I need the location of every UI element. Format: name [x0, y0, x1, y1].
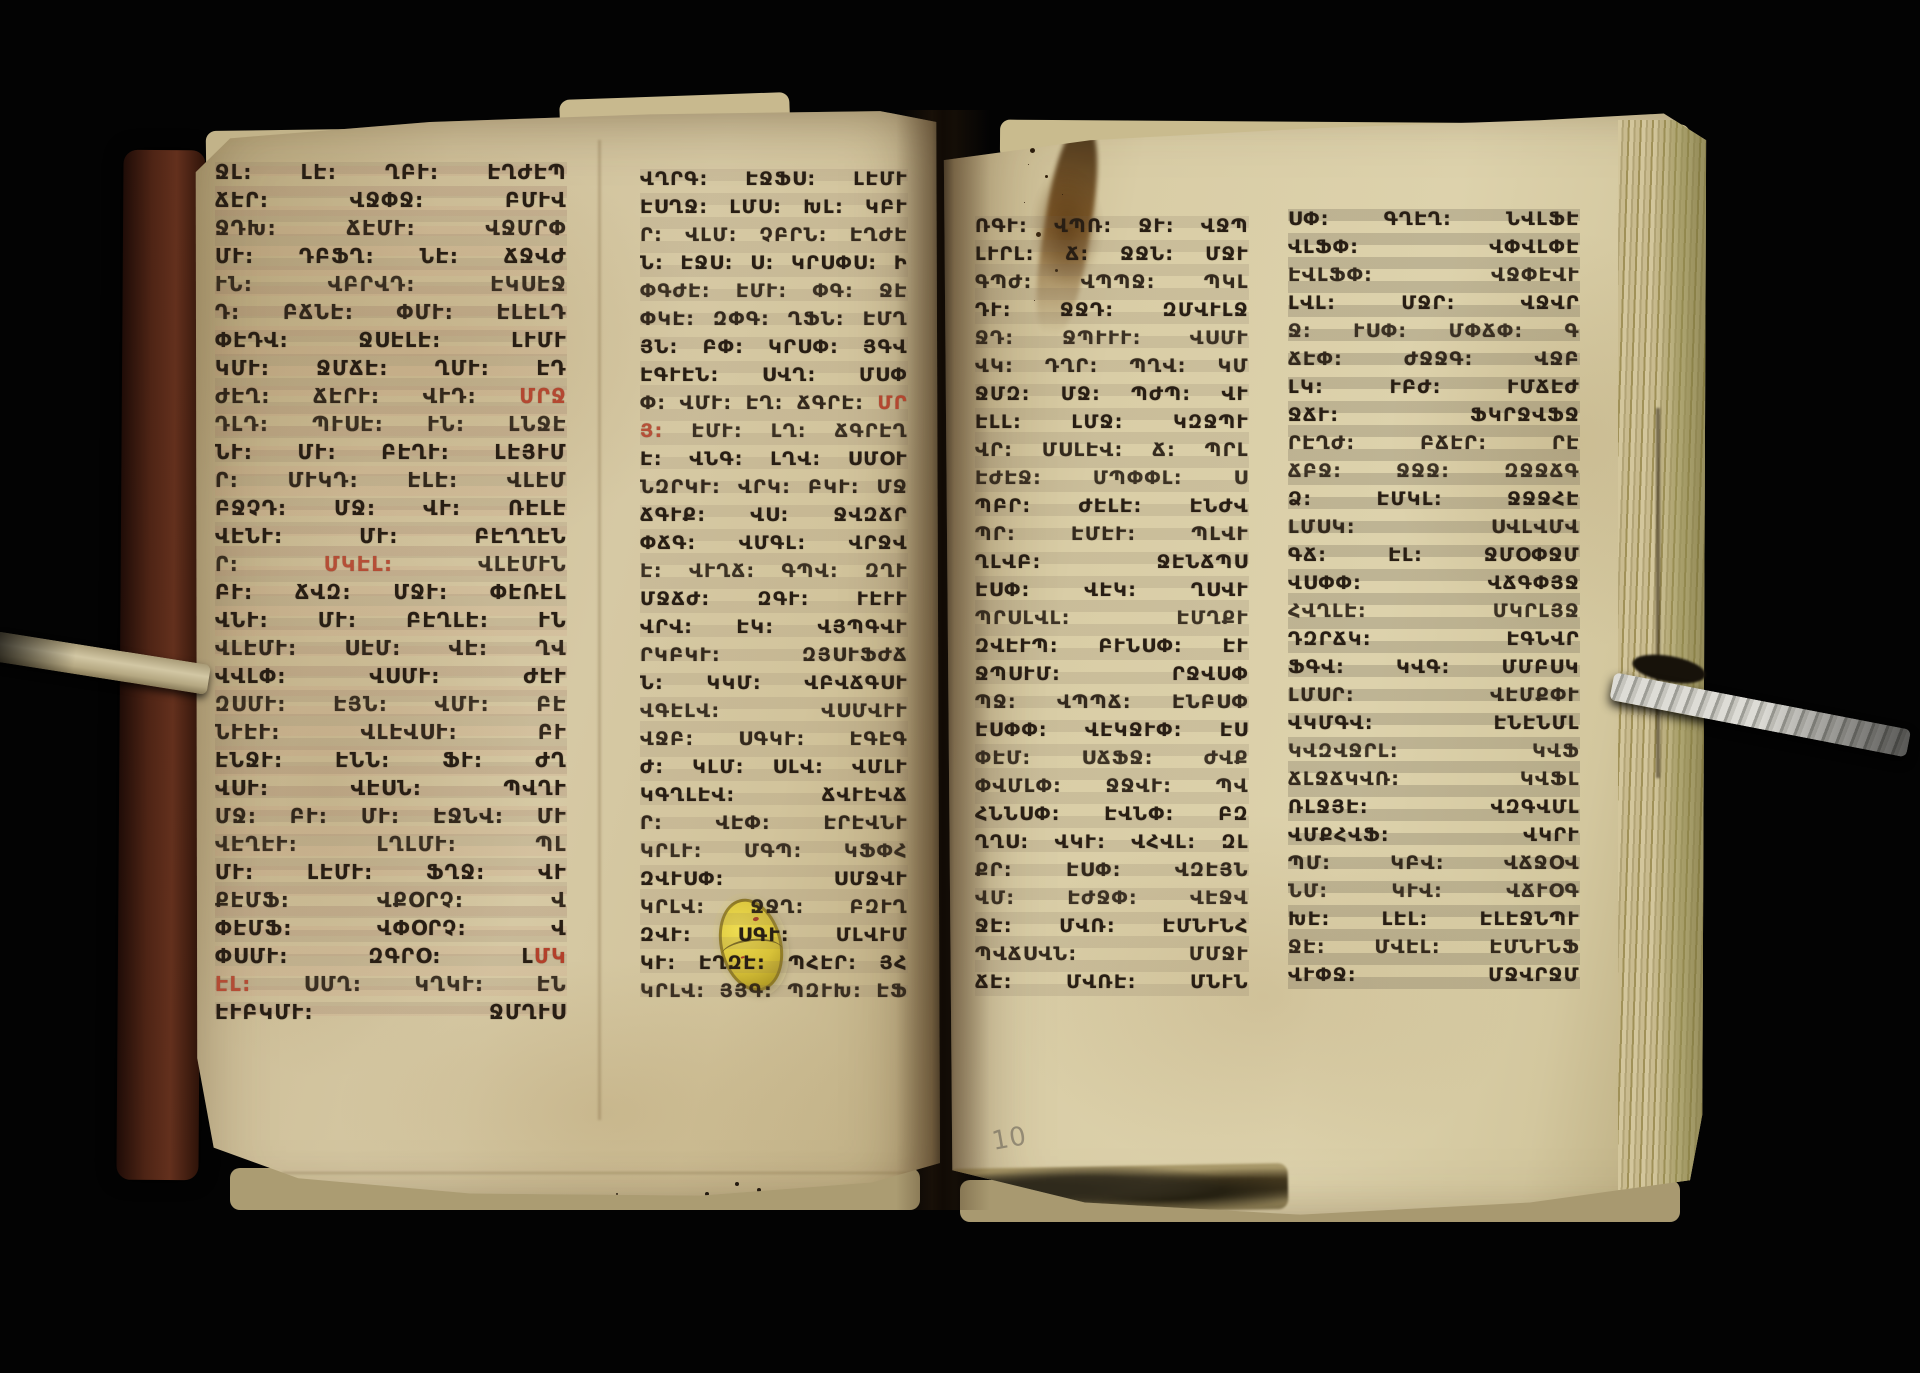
text-line: ՎՄՔՀՎՖ: ՎԿՐՒ — [1288, 821, 1580, 849]
ink-text: ԶՎՒ: ՍԳՒ: ՄԼՎՒՄ — [640, 924, 908, 946]
text-line: ՔՐ: ԷՍՓ: ՎԶԷՅՆ — [975, 856, 1249, 884]
text-line: ՎՂՐԳ: ԷՋՖՍ: ԼԷՄՒ — [640, 165, 908, 193]
ink-text: ԴՒ: ՋՋԴ: ԶՄՎՒԼՋ — [975, 299, 1249, 321]
ink-text: ՅՆ: ԲՓ: ԿՐՍՓ: ՅԳՎ — [640, 336, 908, 358]
text-line: ՐԷՂԺ: ԲՃԷՐ: ՐԷ — [1288, 429, 1580, 457]
ink-text: ՀՎՂԼԷ: ՄԿՐԼՅՋ — [1288, 600, 1580, 622]
ink-text: ՊՐՍԼՎԼ: ԷՄՂՔՒ — [975, 607, 1249, 629]
rubric-text: ՄԿԷԼ: — [324, 552, 478, 576]
text-line: Ձ: ԷՄԿԼ: ՋՋՋՀԷ — [1288, 485, 1580, 513]
text-line: ՖԳՎ: ԿՎԳ: ՄՄԲՍԿ — [1288, 653, 1580, 681]
ink-text: ՎԷՆՒ: ՄՒ: ԲԷՂՂԷՆ — [215, 524, 567, 548]
ink-text: ՓՍՄՒ: ԶԳՐՕ: Լ — [215, 944, 534, 968]
ink-text: ՄՋ: ԲՒ: ՄՒ: ԷՋՆՎ: ՄՒ — [215, 804, 567, 828]
text-line: Փ: ՎՄՒ: ԷՂ: ՃԳՐԷ: ՄՐ — [640, 389, 908, 417]
text-line: ՒՆ: ՎԲՐՎԴ: ԷԿՍԷՋ — [215, 270, 567, 298]
text-line: ՎԿ: ԴՂՐ: ՊՂՎ: ԿՄ — [975, 352, 1249, 380]
ink-text: ԷԳՒԷՆ: ՍՎՂ: ՄՍՓ — [640, 364, 908, 386]
text-line: ՄՋՃԺ: ԶԳՒ: ՒԷՒՒ — [640, 585, 908, 613]
text-line: ՓՍՄՒ: ԶԳՐՕ: ԼՄԿ — [215, 942, 567, 970]
ink-text: ՎԼԷՄՒՆ — [478, 552, 567, 576]
text-line: ՓՃԳ: ՎՄԳԼ: ՎՐՋՎ — [640, 529, 908, 557]
text-line: ՓԳԺԷ: ԷՄՒ: ՓԳ: ՋԷ — [640, 277, 908, 305]
text-line: ՌԳՒ: ՎՊՌ: ՋՒ: ՎՋՊ — [975, 212, 1249, 240]
ink-text: ՋՃՒ: ՖԿՐՋՎՖՋ — [1288, 404, 1580, 426]
ink-text: ԼՒՐԼ: Ճ: ՋՋՆ: ՄՋՒ — [975, 243, 1249, 265]
rubric-text: ՄՐ — [878, 392, 908, 414]
ink-text: ՋՄԶ: ՄՋ: ՊԺՊ: ՎՒ — [975, 383, 1249, 405]
text-line: ԼՄՍԿ: ՍՎԼՎՄՎ — [1288, 513, 1580, 541]
text-line: ԿՐԼՒ: ՄԳՊ: ԿՖՓՀ — [640, 837, 908, 865]
ink-text: ՔՐ: ԷՍՓ: ՎԶԷՅՆ — [975, 859, 1249, 881]
text-line: ՊՐՍԼՎԼ: ԷՄՂՔՒ — [975, 604, 1249, 632]
text-line: ՍՓ: ԳՂԷՂ: ՆՎԼՖԷ — [1288, 205, 1580, 233]
text-line: ՋՄԶ: ՄՋ: ՊԺՊ: ՎՒ — [975, 380, 1249, 408]
ink-text: ՊՐ: ԷՄԷՒ: ՊԼՎՒ — [975, 523, 1249, 545]
text-line: ԽԷ: ԼԷԼ: ԷԼԷՋՆՊՒ — [1288, 905, 1580, 933]
text-line: Յ: ԷՄՒ: ԼՂ: ՃԳՐԷՂ — [640, 417, 908, 445]
rubric-text: ԷԼ: — [215, 972, 304, 996]
text-line: ՂԼՎԲ: ՋԷՆՃՊՍ — [975, 548, 1249, 576]
text-line: Ժ: ԿԼՄ: ՍԼՎ: ՎՄԼՒ — [640, 753, 908, 781]
text-line: ՐԿԲԿՒ: ԶՅՍՒՖԺՃ — [640, 641, 908, 669]
left-column-2: ՎՂՐԳ: ԷՋՖՍ: ԼԷՄՒԷՍՂՋ: ԼՄՍ: ԽԼ: ԿԲՒՐ: ՎԼՄ… — [640, 165, 908, 1005]
text-line: ԷՒԲԿՄՒ: ՋՄՂՒՍ — [215, 998, 567, 1026]
ink-text: ՃԷՓ: ԺՋՋԳ: ՎՋԲ — [1288, 348, 1580, 370]
fore-edge-slit — [1656, 408, 1660, 778]
manuscript-photo: 10 ՋԼ: ԼԷ: ՂԲՒ: ԷՂԺԷՊՃԷՐ: ՎՋՓՋ: ԲՄՒՎՋԴԽ:… — [0, 0, 1920, 1373]
ink-text: ԷՍՂՋ: ԼՄՍ: ԽԼ: ԿԲՒ — [640, 196, 908, 218]
ink-text: ԶՎԷՒՊ: ԲՒՆՍՓ: ԷՒ — [975, 635, 1249, 657]
text-line: ԳՃ: ԷԼ: ՋՄՕՓՋՄ — [1288, 541, 1580, 569]
text-line: ՎՍՓՓ: ՎՃԳՓՅՋ — [1288, 569, 1580, 597]
text-line: ՆՄ: ԿՒՎ: ՎՃՒՕԳ — [1288, 877, 1580, 905]
ink-text: ԷՍՓ: ՎԷԿ: ՂՍՎՒ — [975, 579, 1249, 601]
text-line: ՂՂՍ: ՎԿՒ: ՎՀՎԼ: ԶԼ — [975, 828, 1249, 856]
ink-text: ՀՆՆՍՓ: ԷՎՆՓ: ԲԶ — [975, 803, 1249, 825]
text-line: ԼԿ: ՒԲԺ: ՒՄՃԷԺ — [1288, 373, 1580, 401]
ink-text: ԺԷՂ: ՃԷՐՒ: ՎՒԴ: — [215, 384, 519, 408]
text-line: ԲՒ: ՃՎԶ: ՄՋՒ: ՓԷՌԷԼ — [215, 578, 567, 606]
ink-text: ՃԷ: ՄՎՌԷ: ՄՆՒՆ — [975, 971, 1249, 993]
text-line: ՀՎՂԼԷ: ՄԿՐԼՅՋ — [1288, 597, 1580, 625]
text-line: ՄՒ: ԴԲՖՂ: ՆԷ: ՃՋՎԺ — [215, 242, 567, 270]
ink-text: ՎՎԼՓ: ՎՍՄՒ: ԺԷՒ — [215, 664, 567, 688]
ink-text: ՃԳՒՔ: ՎՍ: ՋՎԶՃՐ — [640, 504, 908, 526]
right-column-1: ՌԳՒ: ՎՊՌ: ՋՒ: ՎՋՊԼՒՐԼ: Ճ: ՋՋՆ: ՄՋՒԳՊԺ: Վ… — [975, 212, 1249, 996]
ink-text: ՃԼՋՃԿՎՌ: ԿՎՖԼ — [1288, 768, 1580, 790]
text-line: ՎԿՄԳՎ: ԷՆԷՆՄԼ — [1288, 709, 1580, 737]
text-line: Ր: ՄՒԿԴ: ԷԼԷ: ՎԼԷՄ — [215, 466, 567, 494]
ink-text: ՎԼԷՄՒ: ՍԷՄ: ՎԷ: ՂՎ — [215, 636, 567, 660]
stain-speckles — [1030, 148, 1035, 153]
ink-text: ՓՎՄԼՓ: ՋՋՎՒ: ՊՎ — [975, 775, 1249, 797]
ink-text: ՆԶՐԿՒ: ՎՐԿ: ԲԿՒ: ՄՋ — [640, 476, 908, 498]
ink-text: ՎՍՓՓ: ՎՃԳՓՅՋ — [1288, 572, 1580, 594]
ink-text: ԼՎԼ: ՄՋՐ: ՎՋՎՐ — [1288, 292, 1580, 314]
text-line: ՓԷՄ: ՍՃՖՋ: ԺՎՔ — [975, 744, 1249, 772]
ink-text: ԷՄՒ: ԼՂ: ՃԳՐԷՂ — [691, 420, 908, 442]
ink-text: ՊԲՐ: ԺԷԼԷ: ԷՆԺՎ — [975, 495, 1249, 517]
text-line: ՋԷ: ՄՎԷԼ: ԷՄՆՒՆՖ — [1288, 933, 1580, 961]
text-line: ՃԷՓ: ԺՋՋԳ: ՎՋԲ — [1288, 345, 1580, 373]
ink-text: ՋԼ: ԼԷ: ՂԲՒ: ԷՂԺԷՊ — [215, 160, 567, 184]
text-line: ԴԼԴ: ՊՒՍԷ: ՒՆ: ԼՆՋԷ — [215, 410, 567, 438]
ink-text: Ր: ՄՒԿԴ: ԷԼԷ: ՎԼԷՄ — [215, 468, 567, 492]
ink-text: ԽԷ: ԼԷԼ: ԷԼԷՋՆՊՒ — [1288, 908, 1580, 930]
ink-text: ՎՆՒ: ՄՒ: ԲԷՂԼԷ: ՒՆ — [215, 608, 567, 632]
text-line: ՊՄ: ԿԲՎ: ՎՃՋՕՎ — [1288, 849, 1580, 877]
ink-text: ՋԴԽ: ՃԷՄՒ: ՎՋՄՐՓ — [215, 216, 567, 240]
text-line: ՓՎՄԼՓ: ՋՋՎՒ: ՊՎ — [975, 772, 1249, 800]
text-line: ՊԲՐ: ԺԷԼԷ: ԷՆԺՎ — [975, 492, 1249, 520]
text-line: ՋԴ: ՋՊՒՒՒ: ՎՍՄՒ — [975, 324, 1249, 352]
text-line: ԴԶՐՃԿ: ԷԳՆՎՐ — [1288, 625, 1580, 653]
text-line: ԷՆՋՒ: ԷՆՆ: ՖՒ: ԺՂ — [215, 746, 567, 774]
ink-text: ՎՋԲ: ՍԳԿՒ: ԷԳԷԳ — [640, 728, 908, 750]
text-line: ԶՎՒ: ՍԳՒ: ՄԼՎՒՄ — [640, 921, 908, 949]
text-line: ՆԶՐԿՒ: ՎՐԿ: ԲԿՒ: ՄՋ — [640, 473, 908, 501]
text-line: ՃԼՋՃԿՎՌ: ԿՎՖԼ — [1288, 765, 1580, 793]
ink-text: ՎԿՄԳՎ: ԷՆԷՆՄԼ — [1288, 712, 1580, 734]
text-line: Ն: ԿԿՄ: ՎԲՎՃԳՍՒ — [640, 669, 908, 697]
text-line: ՎՍՒ: ՎԷՍՆ: ՊՎՂՒ — [215, 774, 567, 802]
text-line: ՊՋ: ՎՊՊՃ: ԷՆԲՍՓ — [975, 688, 1249, 716]
text-line: ՎԷՂԷՒ: ԼՂԼՄՒ: ՊԼ — [215, 830, 567, 858]
text-line: ՎԳԷԼՎ: ՎՍՄՎՒՒ — [640, 697, 908, 725]
ink-text: ԷՍՓՓ: ՎԷԿՋՒՓ: ԷՍ — [975, 719, 1249, 741]
ink-text: Է: ՎՒՂՃ: ԳՊՎ: ԶՂՒ — [640, 560, 908, 582]
text-line: ԷՍՓՓ: ՎԷԿՋՒՓ: ԷՍ — [975, 716, 1249, 744]
text-line: ՎԷՆՒ: ՄՒ: ԲԷՂՂԷՆ — [215, 522, 567, 550]
text-line: ՌԼՋՅԷ: ՎԶԳՎՄԼ — [1288, 793, 1580, 821]
text-line: ՆՒԷՒ: ՎԼԷՎՍՒ: ԲՒ — [215, 718, 567, 746]
ink-text: ՃԲՋ: ՋՋՋ: ԶՋՋՃԳ — [1288, 460, 1580, 482]
text-line: ՓԿԷ: ԶՓԳ: ՂՖՆ: ԷՄՂ — [640, 305, 908, 333]
ink-text: ԶՎՒՍՓ: ՍՄՋՎՒ — [640, 868, 908, 890]
text-line: ԿՒ: ԷՂԶԷ: ՊՀԷՐ: ՅՀ — [640, 949, 908, 977]
text-line: ՎՋԲ: ՍԳԿՒ: ԷԳԷԳ — [640, 725, 908, 753]
ink-text: ԿՐԼՎ: ՋՋՂ: ԲԶՒՂ — [640, 896, 908, 918]
ink-text: Ր: ՎԼՄ: ՉԲՐՆ: ԷՂԺԷ — [640, 224, 908, 246]
ink-text: ՓԿԷ: ԶՓԳ: ՂՖՆ: ԷՄՂ — [640, 308, 908, 330]
text-line: ՓԷՄՖ: ՎՓՕՐՉ: Վ — [215, 914, 567, 942]
ink-text: ԼՄՍՐ: ՎԷՄՔՓՒ — [1288, 684, 1580, 706]
ink-text: ԶՍՄՒ: ԷՅՆ: ՎՄՒ: ԲԷ — [215, 692, 567, 716]
text-line: ՅՆ: ԲՓ: ԿՐՍՓ: ՅԳՎ — [640, 333, 908, 361]
ink-text: ՎՄՔՀՎՖ: ՎԿՐՒ — [1288, 824, 1580, 846]
text-line: ՃԳՒՔ: ՎՍ: ՋՎԶՃՐ — [640, 501, 908, 529]
text-line: ՊՐ: ԷՄԷՒ: ՊԼՎՒ — [975, 520, 1249, 548]
ink-text: Ր: — [215, 552, 324, 576]
ink-text: ՓԷՄՖ: ՎՓՕՐՉ: Վ — [215, 916, 567, 940]
ink-text: ՎՐՎ: ԷԿ: ՎՅՊԳՎՒ — [640, 616, 908, 638]
ink-text: ՎԳԷԼՎ: ՎՍՄՎՒՒ — [640, 700, 908, 722]
ink-text: ՓԷՄ: ՍՃՖՋ: ԺՎՔ — [975, 747, 1249, 769]
ink-text: ՌԳՒ: ՎՊՌ: ՋՒ: ՎՋՊ — [975, 215, 1249, 237]
ink-text: ՎՒՓՋ: ՄՋՎՐՋՄ — [1288, 964, 1580, 986]
text-line: ՊՎՃՍՎՆ: ՄՄՋՒ — [975, 940, 1249, 968]
right-column-2: ՍՓ: ԳՂԷՂ: ՆՎԼՖԷՎԼՖՓ: ՎՓՎԼՓԷԷՎԼՖՓ: ՎՋՓԷՎՒ… — [1288, 205, 1580, 989]
ink-text: ԲՋՉԴ: ՄՋ: ՎՒ: ՌԷԼԷ — [215, 496, 567, 520]
ink-text: ՎՍՒ: ՎԷՍՆ: ՊՎՂՒ — [215, 776, 567, 800]
ink-text: ԴԼԴ: ՊՒՍԷ: ՒՆ: ԼՆՋԷ — [215, 412, 567, 436]
ink-text: ԷՆՋՒ: ԷՆՆ: ՖՒ: ԺՂ — [215, 748, 567, 772]
text-line: ՆՒ: ՄՒ: ԲԷՂՒ: ԼԷՅՒՄ — [215, 438, 567, 466]
text-line: ՋԴԽ: ՃԷՄՒ: ՎՋՄՐՓ — [215, 214, 567, 242]
ink-text: ՌԼՋՅԷ: ՎԶԳՎՄԼ — [1288, 796, 1580, 818]
ink-text: ՆՒ: ՄՒ: ԲԷՂՒ: ԼԷՅՒՄ — [215, 440, 567, 464]
text-line: Ր: ՎԷՓ: ԷՐԷՎՆՒ — [640, 809, 908, 837]
ink-text: Ր: ՎԷՓ: ԷՐԷՎՆՒ — [640, 812, 908, 834]
ink-text: ԼԿ: ՒԲԺ: ՒՄՃԷԺ — [1288, 376, 1580, 398]
text-line: ԷԳՒԷՆ: ՍՎՂ: ՄՍՓ — [640, 361, 908, 389]
text-line: Է: ՎՒՂՃ: ԳՊՎ: ԶՂՒ — [640, 557, 908, 585]
ink-text: ԷՎԼՖՓ: ՎՋՓԷՎՒ — [1288, 264, 1580, 286]
ink-text: Ն: ԷՋՍ: Ս: ԿՐՍՓՍ: Ի — [640, 252, 908, 274]
text-line: ՋԷ: ՄՎՌ: ԷՄՆՒՆՀ — [975, 912, 1249, 940]
text-line: ԼՒՐԼ: Ճ: ՋՋՆ: ՄՋՒ — [975, 240, 1249, 268]
left-column-1: ՋԼ: ԼԷ: ՂԲՒ: ԷՂԺԷՊՃԷՐ: ՎՋՓՋ: ԲՄՒՎՋԴԽ: ՃԷ… — [215, 158, 567, 1026]
ink-text: ՆՄ: ԿՒՎ: ՎՃՒՕԳ — [1288, 880, 1580, 902]
ink-text: Ձ: ԷՄԿԼ: ՋՋՋՀԷ — [1288, 488, 1580, 510]
ink-text: ՒՆ: ՎԲՐՎԴ: ԷԿՍԷՋ — [215, 272, 567, 296]
text-line: ԷՍՓ: ՎԷԿ: ՂՍՎՒ — [975, 576, 1249, 604]
ink-text: ԿՒ: ԷՂԶԷ: ՊՀԷՐ: ՅՀ — [640, 952, 908, 974]
ink-text: ՓԳԺԷ: ԷՄՒ: ՓԳ: ՋԷ — [640, 280, 908, 302]
text-line: Է: ՎՆԳ: ԼՂՎ: ՍՄՕՒ — [640, 445, 908, 473]
ink-text: ՎԷՂԷՒ: ԼՂԼՄՒ: ՊԼ — [215, 832, 567, 856]
text-line: ԺԷՂ: ՃԷՐՒ: ՎՒԴ: ՄՐՋ — [215, 382, 567, 410]
text-line: ԷՎԼՖՓ: ՎՋՓԷՎՒ — [1288, 261, 1580, 289]
text-line: ՎՄ: ԷԺՋՓ: ՎԷՋՎ — [975, 884, 1249, 912]
text-line: ՎԼՖՓ: ՎՓՎԼՓԷ — [1288, 233, 1580, 261]
ink-text: ՂՂՍ: ՎԿՒ: ՎՀՎԼ: ԶԼ — [975, 831, 1249, 853]
ink-text: ԳՃ: ԷԼ: ՋՄՕՓՋՄ — [1288, 544, 1580, 566]
ink-text: ՍՄՂ: ԿՂԿՒ: ԷՆ — [304, 972, 567, 996]
text-line: ՎՎԼՓ: ՎՍՄՒ: ԺԷՒ — [215, 662, 567, 690]
ink-text: ԿՐԼՎ: ՅՅԳ: ՊԶՒԽ: ԷՖ — [640, 980, 908, 1002]
ink-text: ՊՎՃՍՎՆ: ՄՄՋՒ — [975, 943, 1249, 965]
text-line: ԴՒ: ՋՋԴ: ԶՄՎՒԼՋ — [975, 296, 1249, 324]
text-line: Ջ: ՒՍՓ: ՄՓՃՓ: Գ — [1288, 317, 1580, 345]
text-line: ԷԼԼ: ԼՄՋ: ԿԶՋՊՒ — [975, 408, 1249, 436]
text-line: ԷԺԷՋ: ՄՊՓՓԼ: Ս — [975, 464, 1249, 492]
ink-text: Ժ: ԿԼՄ: ՍԼՎ: ՎՄԼՒ — [640, 756, 908, 778]
ink-text: ԲՒ: ՃՎԶ: ՄՋՒ: ՓԷՌԷԼ — [215, 580, 567, 604]
ink-text: ԴԶՐՃԿ: ԷԳՆՎՐ — [1288, 628, 1580, 650]
ink-text: ՎԼՖՓ: ՎՓՎԼՓԷ — [1288, 236, 1580, 258]
ink-text: ՎԿ: ԴՂՐ: ՊՂՎ: ԿՄ — [975, 355, 1249, 377]
text-line: ԿԳՂԼԷՎ: ՃՎՒԷՎՃ — [640, 781, 908, 809]
ink-text: ՎՐ: ՄՍԼԷՎ: Ճ: ՊՐԼ — [975, 439, 1249, 461]
text-line: ՄՒ: ԼԷՄՒ: ՖՂՋ: ՎՒ — [215, 858, 567, 886]
ink-text: ՆՒԷՒ: ՎԼԷՎՍՒ: ԲՒ — [215, 720, 567, 744]
text-line: Ն: ԷՋՍ: Ս: ԿՐՍՓՍ: Ի — [640, 249, 908, 277]
text-line: ՔԷՄՖ: ՎՔՕՐՉ: Վ — [215, 886, 567, 914]
ink-text: ՍՓ: ԳՂԷՂ: ՆՎԼՖԷ — [1288, 208, 1580, 230]
ink-text: ԷՒԲԿՄՒ: ՋՄՂՒՍ — [215, 1000, 567, 1024]
ink-text: ՎՂՐԳ: ԷՋՖՍ: ԼԷՄՒ — [640, 168, 908, 190]
ink-text: Փ: ՎՄՒ: ԷՂ: ՃԳՐԷ: — [640, 392, 878, 414]
text-line: ԷՍՂՋ: ԼՄՍ: ԽԼ: ԿԲՒ — [640, 193, 908, 221]
text-line: ՓԷԴՎ: ՋՍԷԼԷ: ԼՒՄՒ — [215, 326, 567, 354]
ink-text: Ջ: ՒՍՓ: ՄՓՃՓ: Գ — [1288, 320, 1580, 342]
ink-text: ՋՊՍՒՄ: ՐՋՎՍՓ — [975, 663, 1249, 685]
text-line: ՃԲՋ: ՋՋՋ: ԶՋՋՃԳ — [1288, 457, 1580, 485]
text-line: ՎՆՒ: ՄՒ: ԲԷՂԼԷ: ՒՆ — [215, 606, 567, 634]
ink-text: ՋԷ: ՄՎՌ: ԷՄՆՒՆՀ — [975, 915, 1249, 937]
folio-number: 10 — [990, 1121, 1030, 1157]
ink-text: ՄՋՃԺ: ԶԳՒ: ՒԷՒՒ — [640, 588, 908, 610]
ink-text: ԷԼԼ: ԼՄՋ: ԿԶՋՊՒ — [975, 411, 1249, 433]
ink-text: ՐԷՂԺ: ԲՃԷՐ: ՐԷ — [1288, 432, 1580, 454]
ink-text: ՄՒ: ԼԷՄՒ: ՖՂՋ: ՎՒ — [215, 860, 567, 884]
text-line: ԲՋՉԴ: ՄՋ: ՎՒ: ՌԷԼԷ — [215, 494, 567, 522]
rubric-text: ՄԿ — [534, 944, 567, 968]
ink-text: Է: ՎՆԳ: ԼՂՎ: ՍՄՕՒ — [640, 448, 908, 470]
ink-speckles — [735, 1182, 739, 1186]
text-line: Դ: ԲՃՆԷ: ՓՄՒ: ԷԼԷԼԴ — [215, 298, 567, 326]
text-line: ԿՄՒ: ՋՄՃԷ: ՂՄՒ: ԷԴ — [215, 354, 567, 382]
ink-text: ՎՄ: ԷԺՋՓ: ՎԷՋՎ — [975, 887, 1249, 909]
ink-text: ՔԷՄՖ: ՎՔՕՐՉ: Վ — [215, 888, 567, 912]
text-line: ՀՆՆՍՓ: ԷՎՆՓ: ԲԶ — [975, 800, 1249, 828]
rubric-text: Յ: — [640, 420, 691, 442]
text-line: ԶՍՄՒ: ԷՅՆ: ՎՄՒ: ԲԷ — [215, 690, 567, 718]
ink-text: ԷԺԷՋ: ՄՊՓՓԼ: Ս — [975, 467, 1249, 489]
text-line: ԳՊԺ: ՎՊՊՋ: ՊԿԼ — [975, 268, 1249, 296]
ink-text: ՓԷԴՎ: ՋՍԷԼԷ: ԼՒՄՒ — [215, 328, 567, 352]
text-line: ՃԷՐ: ՎՋՓՋ: ԲՄՒՎ — [215, 186, 567, 214]
text-line: ՃԷ: ՄՎՌԷ: ՄՆՒՆ — [975, 968, 1249, 996]
ink-text: ՂԼՎԲ: ՋԷՆՃՊՍ — [975, 551, 1249, 573]
text-line: ՎԼԷՄՒ: ՍԷՄ: ՎԷ: ՂՎ — [215, 634, 567, 662]
ink-text: ՋԷ: ՄՎԷԼ: ԷՄՆՒՆՖ — [1288, 936, 1580, 958]
text-line: ՋՃՒ: ՖԿՐՋՎՖՋ — [1288, 401, 1580, 429]
text-line: ՋԼ: ԼԷ: ՂԲՒ: ԷՂԺԷՊ — [215, 158, 567, 186]
ink-text: ՊՄ: ԿԲՎ: ՎՃՋՕՎ — [1288, 852, 1580, 874]
ink-text: Ն: ԿԿՄ: ՎԲՎՃԳՍՒ — [640, 672, 908, 694]
text-line: ՎՐՎ: ԷԿ: ՎՅՊԳՎՒ — [640, 613, 908, 641]
text-line: ԿՐԼՎ: ՋՋՂ: ԲԶՒՂ — [640, 893, 908, 921]
ink-text: ՓՃԳ: ՎՄԳԼ: ՎՐՋՎ — [640, 532, 908, 554]
text-line: ԿՎԶՎՋՐԼ: ԿՎՖ — [1288, 737, 1580, 765]
text-line: ԼՄՍՐ: ՎԷՄՔՓՒ — [1288, 681, 1580, 709]
left-page-crease — [598, 140, 601, 1120]
rubric-text: ՄՐՋ — [519, 384, 567, 408]
ink-text: ԿՄՒ: ՋՄՃԷ: ՂՄՒ: ԷԴ — [215, 356, 567, 380]
ink-text: ՊՋ: ՎՊՊՃ: ԷՆԲՍՓ — [975, 691, 1249, 713]
text-line: ԶՎՒՍՓ: ՍՄՋՎՒ — [640, 865, 908, 893]
left-page-bottom-crease — [282, 1172, 922, 1174]
ink-text: ՋԴ: ՋՊՒՒՒ: ՎՍՄՒ — [975, 327, 1249, 349]
text-line: Ր: ՄԿԷԼ: ՎԼԷՄՒՆ — [215, 550, 567, 578]
text-line: ՋՊՍՒՄ: ՐՋՎՍՓ — [975, 660, 1249, 688]
text-line: ԷԼ: ՍՄՂ: ԿՂԿՒ: ԷՆ — [215, 970, 567, 998]
ink-text: ԼՄՍԿ: ՍՎԼՎՄՎ — [1288, 516, 1580, 538]
ink-text: Դ: ԲՃՆԷ: ՓՄՒ: ԷԼԷԼԴ — [215, 300, 567, 324]
ink-text: ԳՊԺ: ՎՊՊՋ: ՊԿԼ — [975, 271, 1249, 293]
ink-text: ԿՎԶՎՋՐԼ: ԿՎՖ — [1288, 740, 1580, 762]
text-line: ՎՐ: ՄՍԼԷՎ: Ճ: ՊՐԼ — [975, 436, 1249, 464]
ink-text: ԿԳՂԼԷՎ: ՃՎՒԷՎՃ — [640, 784, 908, 806]
text-line: Ր: ՎԼՄ: ՉԲՐՆ: ԷՂԺԷ — [640, 221, 908, 249]
ink-text: ՖԳՎ: ԿՎԳ: ՄՄԲՍԿ — [1288, 656, 1580, 678]
ink-text: ՄՒ: ԴԲՖՂ: ՆԷ: ՃՋՎԺ — [215, 244, 567, 268]
text-line: ՎՒՓՋ: ՄՋՎՐՋՄ — [1288, 961, 1580, 989]
ink-text: ՐԿԲԿՒ: ԶՅՍՒՖԺՃ — [640, 644, 908, 666]
ink-text: ՃԷՐ: ՎՋՓՋ: ԲՄՒՎ — [215, 188, 567, 212]
text-line: ԿՐԼՎ: ՅՅԳ: ՊԶՒԽ: ԷՖ — [640, 977, 908, 1005]
text-line: ԶՎԷՒՊ: ԲՒՆՍՓ: ԷՒ — [975, 632, 1249, 660]
ink-text: ԿՐԼՒ: ՄԳՊ: ԿՖՓՀ — [640, 840, 908, 862]
text-line: ԼՎԼ: ՄՋՐ: ՎՋՎՐ — [1288, 289, 1580, 317]
text-line: ՄՋ: ԲՒ: ՄՒ: ԷՋՆՎ: ՄՒ — [215, 802, 567, 830]
